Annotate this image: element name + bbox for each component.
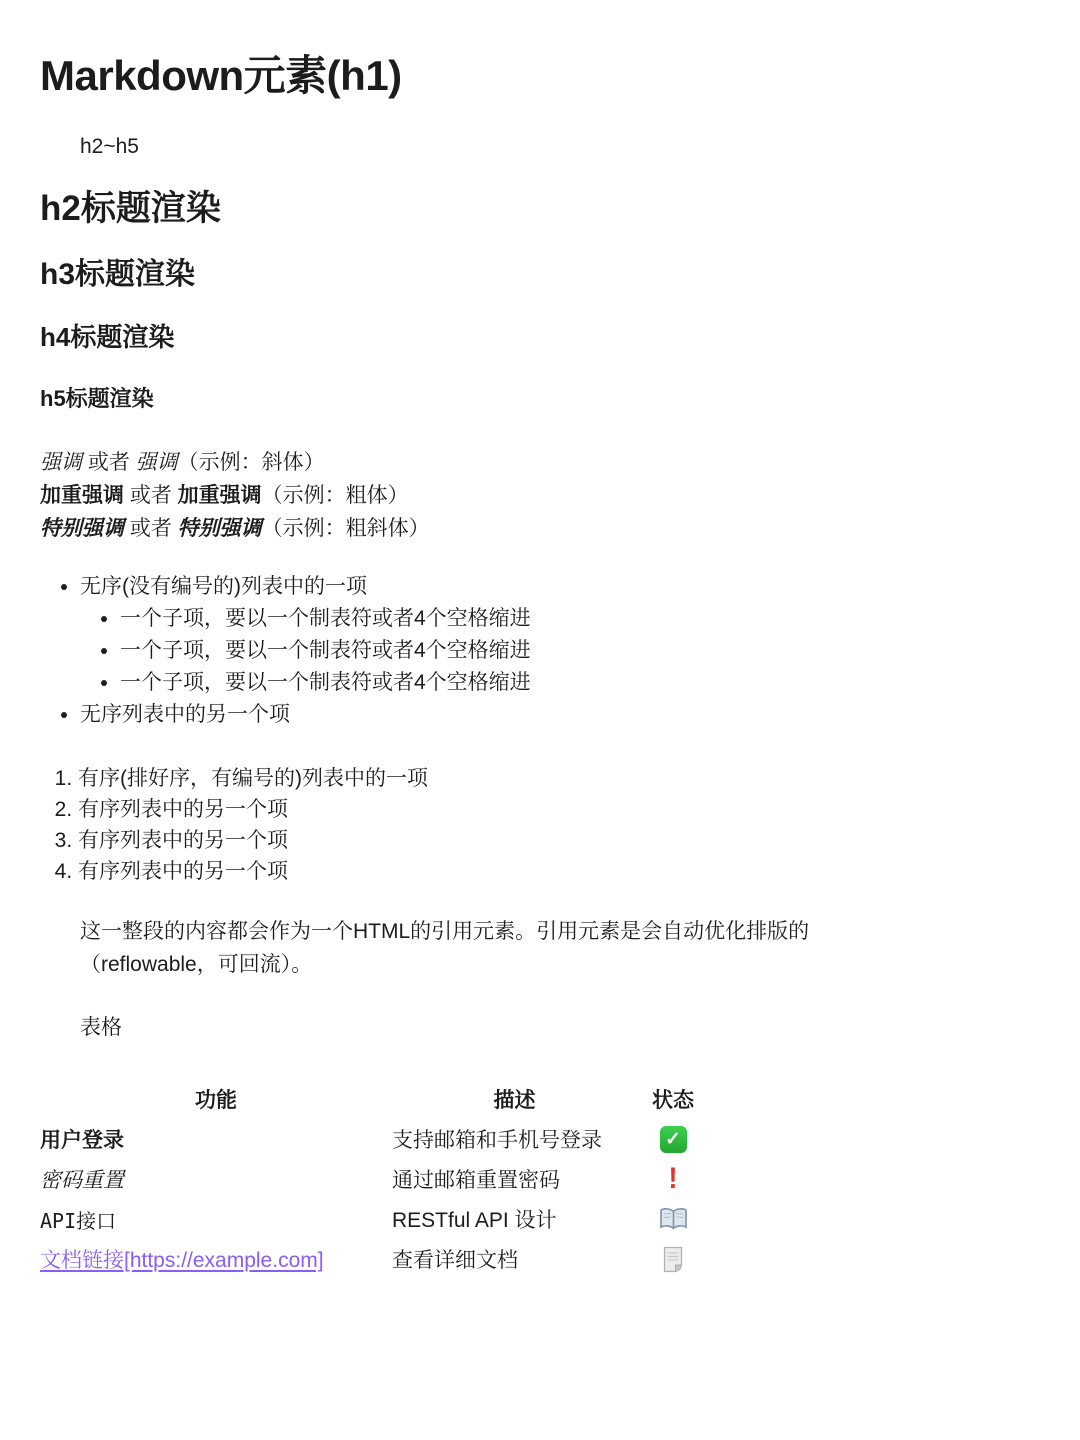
list-item-text: 无序列表中的另一个项 [80,703,290,726]
nested-list-item: 一个子项，要以一个制表符或者4个空格缩进 [120,635,1040,667]
bold-sample-1: 加重强调 [40,484,124,507]
ordered-list-item: 有序列表中的另一个项 [78,856,1040,887]
bold-italic-sample-1: 特别强调 [40,517,124,540]
emphasis-note: （示例：粗体） [262,484,409,507]
blockquote-paragraph: 这一整段的内容都会作为一个HTML的引用元素。引用元素是会自动优化排版的（ref… [80,915,925,981]
table-row: 密码重置 通过邮箱重置密码 [40,1159,709,1199]
list-item: 无序列表中的另一个项 [80,699,1040,731]
bold-italic-sample-2: 特别强调 [178,517,262,540]
list-item: 无序(没有编号的)列表中的一项 一个子项，要以一个制表符或者4个空格缩进 一个子… [80,571,1040,699]
nested-list-item: 一个子项，要以一个制表符或者4个空格缩进 [120,603,1040,635]
ordered-list-item: 有序列表中的另一个项 [78,825,1040,856]
document-link[interactable]: 文档链接[https://example.com] [40,1249,324,1272]
emphasis-separator: 或者 [124,484,178,507]
page-with-curl-icon [661,1246,685,1273]
description-cell: RESTful API 设计 [392,1199,637,1239]
column-header-description: 描述 [392,1079,637,1119]
emphasis-separator: 或者 [124,517,178,540]
emphasis-separator: 或者 [82,451,136,474]
heading-h5: h5标题渲染 [40,384,1040,414]
table-row: 用户登录 支持邮箱和手机号登录 [40,1119,709,1159]
description-cell: 查看详细文档 [392,1239,637,1279]
italic-sample-1: 强调 [40,451,82,474]
blockquote-table-label: 表格 [80,1013,1040,1043]
unordered-list: 无序(没有编号的)列表中的一项 一个子项，要以一个制表符或者4个空格缩进 一个子… [40,571,1040,731]
description-cell: 支持邮箱和手机号登录 [392,1119,637,1159]
table-header-row: 功能 描述 状态 [40,1079,709,1119]
ordered-list-item: 有序列表中的另一个项 [78,794,1040,825]
nested-unordered-list: 一个子项，要以一个制表符或者4个空格缩进 一个子项，要以一个制表符或者4个空格缩… [80,603,1040,699]
italic-sample-2: 强调 [136,451,178,474]
emphasis-note: （示例：粗斜体） [262,517,430,540]
feature-cell-bold: 用户登录 [40,1129,124,1152]
list-item-text: 无序(没有编号的)列表中的一项 [80,575,367,598]
ordered-list-item: 有序(排好序，有编号的)列表中的一项 [78,763,1040,794]
page-title: Markdown元素(h1) [40,50,1040,102]
heading-h2: h2标题渲染 [40,188,1040,230]
table-row: 文档链接[https://example.com] 查看详细文档 [40,1239,709,1279]
heading-h3: h3标题渲染 [40,256,1040,294]
exclamation-icon [669,1164,678,1194]
feature-table: 功能 描述 状态 用户登录 支持邮箱和手机号登录 密码重置 通过邮箱重置密码 A… [40,1079,709,1279]
column-header-status: 状态 [637,1079,709,1119]
blockquote-heading-range: h2~h5 [80,132,1040,162]
column-header-feature: 功能 [40,1079,392,1119]
open-book-icon [659,1207,688,1231]
markdown-document: Markdown元素(h1) h2~h5 h2标题渲染 h3标题渲染 h4标题渲… [0,0,1080,1319]
check-icon [660,1126,687,1153]
heading-h4: h4标题渲染 [40,320,1040,354]
nested-list-item: 一个子项，要以一个制表符或者4个空格缩进 [120,667,1040,699]
emphasis-note: （示例：斜体） [178,451,325,474]
description-cell: 通过邮箱重置密码 [392,1159,637,1199]
table-row: API接口 RESTful API 设计 [40,1199,709,1239]
feature-cell-italic: 密码重置 [40,1169,124,1192]
feature-cell-code: API接口 [40,1209,116,1233]
ordered-list: 有序(排好序，有编号的)列表中的一项 有序列表中的另一个项 有序列表中的另一个项… [40,763,1040,887]
bold-sample-2: 加重强调 [178,484,262,507]
emphasis-paragraph: 强调 或者 强调（示例：斜体） 加重强调 或者 加重强调（示例：粗体） 特别强调… [40,446,1040,545]
